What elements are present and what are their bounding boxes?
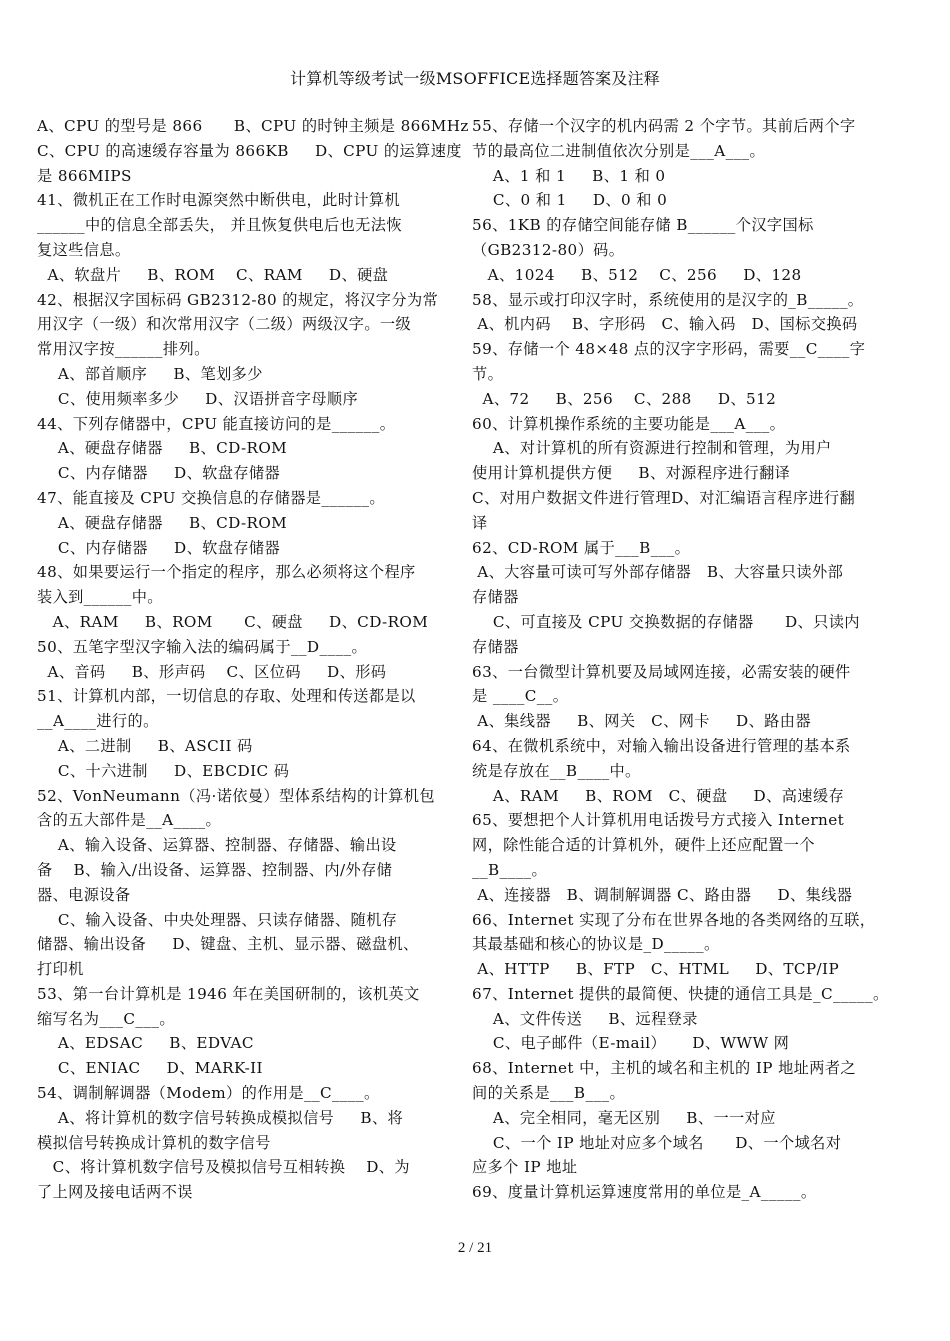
text-line: ______中的信息全部丢失， 并且恢复供电后也无法恢 [37, 213, 442, 238]
text-line: 55、存储一个汉字的机内码需 2 个字节。其前后两个字 [472, 114, 877, 139]
text-line: C、0 和 1 D、0 和 0 [472, 188, 877, 213]
left-column: A、CPU 的型号是 866 B、CPU 的时钟主频是 866MHzC、CPU … [37, 114, 442, 1205]
page-number: 2 / 21 [0, 1240, 950, 1257]
text-line: C、内存储器 D、软盘存储器 [37, 536, 442, 561]
text-line: C、可直接及 CPU 交换数据的存储器 D、只读内 [472, 610, 877, 635]
text-line: 间的关系是___B___。 [472, 1081, 877, 1106]
text-line: 60、计算机操作系统的主要功能是___A___。 [472, 412, 877, 437]
text-line: A、文件传送 B、远程登录 [472, 1007, 877, 1032]
text-line: C、CPU 的高速缓存容量为 866KB D、CPU 的运算速度 [37, 139, 442, 164]
text-line: 59、存储一个 48×48 点的汉字字形码，需要__C____字 [472, 337, 877, 362]
text-line: A、音码 B、形声码 C、区位码 D、形码 [37, 660, 442, 685]
text-line: 52、VonNeumann（冯·诺依曼）型体系结构的计算机包 [37, 784, 442, 809]
text-line: 是 866MIPS [37, 164, 442, 189]
page-title: 计算机等级考试一级MSOFFICE选择题答案及注释 [0, 66, 950, 89]
text-line: 模拟信号转换成计算机的数字信号 [37, 1131, 442, 1156]
text-line: 用汉字（一级）和次常用汉字（二级）两级汉字。一级 [37, 312, 442, 337]
text-line: 译 [472, 511, 877, 536]
text-line: 56、1KB 的存储空间能存储 B______个汉字国标 [472, 213, 877, 238]
text-line: 装入到______中。 [37, 585, 442, 610]
text-line: 含的五大部件是__A____。 [37, 808, 442, 833]
text-line: A、RAM B、ROM C、硬盘 D、CD-ROM [37, 610, 442, 635]
text-line: 常用汉字按______排列。 [37, 337, 442, 362]
text-line: 储器、输出设备 D、键盘、主机、显示器、磁盘机、 [37, 932, 442, 957]
text-line: C、将计算机数字信号及模拟信号互相转换 D、为 [37, 1155, 442, 1180]
text-line: 42、根据汉字国标码 GB2312-80 的规定，将汉字分为常 [37, 288, 442, 313]
text-line: 63、一台微型计算机要及局域网连接，必需安装的硬件 [472, 660, 877, 685]
text-line: 存储器 [472, 585, 877, 610]
text-line: C、对用户数据文件进行管理D、对汇编语言程序进行翻 [472, 486, 877, 511]
text-line: 节的最高位二进制值依次分别是___A___。 [472, 139, 877, 164]
text-line: 69、度量计算机运算速度常用的单位是_A_____。 [472, 1180, 877, 1205]
text-line: C、电子邮件（E-mail） D、WWW 网 [472, 1031, 877, 1056]
text-line: C、内存储器 D、软盘存储器 [37, 461, 442, 486]
right-column: 55、存储一个汉字的机内码需 2 个字节。其前后两个字节的最高位二进制值依次分别… [472, 114, 877, 1205]
text-line: 缩写名为___C___。 [37, 1007, 442, 1032]
text-line: A、硬盘存储器 B、CD-ROM [37, 511, 442, 536]
text-line: A、HTTP B、FTP C、HTML D、TCP/IP [472, 957, 877, 982]
text-line: 68、Internet 中，主机的域名和主机的 IP 地址两者之 [472, 1056, 877, 1081]
text-line: A、硬盘存储器 B、CD-ROM [37, 436, 442, 461]
text-line: A、对计算机的所有资源进行控制和管理，为用户 [472, 436, 877, 461]
text-line: A、大容量可读可写外部存储器 B、大容量只读外部 [472, 560, 877, 585]
text-line: A、CPU 的型号是 866 B、CPU 的时钟主频是 866MHz [37, 114, 442, 139]
text-line: 应多个 IP 地址 [472, 1155, 877, 1180]
text-line: 使用计算机提供方便 B、对源程序进行翻译 [472, 461, 877, 486]
text-line: 44、下列存储器中，CPU 能直接访问的是______。 [37, 412, 442, 437]
text-line: 存储器 [472, 635, 877, 660]
text-line: 器、电源设备 [37, 883, 442, 908]
text-line: 48、如果要运行一个指定的程序，那么必须将这个程序 [37, 560, 442, 585]
text-line: A、RAM B、ROM C、硬盘 D、高速缓存 [472, 784, 877, 809]
text-line: A、完全相同，毫无区别 B、一一对应 [472, 1106, 877, 1131]
text-line: 67、Internet 提供的最简便、快捷的通信工具是_C_____。 [472, 982, 877, 1007]
text-line: A、机内码 B、字形码 C、输入码 D、国标交换码 [472, 312, 877, 337]
text-line: 打印机 [37, 957, 442, 982]
text-line: A、部首顺序 B、笔划多少 [37, 362, 442, 387]
text-line: 备 B、输入/出设备、运算器、控制器、内/外存储 [37, 858, 442, 883]
text-line: （GB2312-80）码。 [472, 238, 877, 263]
text-line: A、二进制 B、ASCII 码 [37, 734, 442, 759]
text-line: C、十六进制 D、EBCDIC 码 [37, 759, 442, 784]
text-line: 了上网及接电话两不误 [37, 1180, 442, 1205]
text-line: 62、CD-ROM 属于___B___。 [472, 536, 877, 561]
text-line: C、ENIAC D、MARK-II [37, 1056, 442, 1081]
text-line: A、1024 B、512 C、256 D、128 [472, 263, 877, 288]
text-line: C、输入设备、中央处理器、只读存储器、随机存 [37, 908, 442, 933]
text-line: A、软盘片 B、ROM C、RAM D、硬盘 [37, 263, 442, 288]
text-line: 58、显示或打印汉字时，系统使用的是汉字的_B_____。 [472, 288, 877, 313]
text-line: 41、微机正在工作时电源突然中断供电，此时计算机 [37, 188, 442, 213]
text-line: A、集线器 B、网关 C、网卡 D、路由器 [472, 709, 877, 734]
text-line: A、1 和 1 B、1 和 0 [472, 164, 877, 189]
text-line: C、使用频率多少 D、汉语拼音字母顺序 [37, 387, 442, 412]
text-line: 66、Internet 实现了分布在世界各地的各类网络的互联， [472, 908, 877, 933]
text-line: 是 ____C__。 [472, 684, 877, 709]
text-line: 节。 [472, 362, 877, 387]
text-line: A、EDSAC B、EDVAC [37, 1031, 442, 1056]
text-line: 53、第一台计算机是 1946 年在美国研制的，该机英文 [37, 982, 442, 1007]
text-line: A、72 B、256 C、288 D、512 [472, 387, 877, 412]
text-line: A、连接器 B、调制解调器 C、路由器 D、集线器 [472, 883, 877, 908]
text-line: 64、在微机系统中，对输入输出设备进行管理的基本系 [472, 734, 877, 759]
text-line: 其最基础和核心的协议是_D_____。 [472, 932, 877, 957]
text-line: 54、调制解调器（Modem）的作用是__C____。 [37, 1081, 442, 1106]
text-line: 51、计算机内部，一切信息的存取、处理和传送都是以 [37, 684, 442, 709]
text-line: A、将计算机的数字信号转换成模拟信号 B、将 [37, 1106, 442, 1131]
text-line: 复这些信息。 [37, 238, 442, 263]
text-line: 网，除性能合适的计算机外，硬件上还应配置一个 [472, 833, 877, 858]
text-line: 65、要想把个人计算机用电话拨号方式接入 Internet [472, 808, 877, 833]
text-line: 47、能直接及 CPU 交换信息的存储器是______。 [37, 486, 442, 511]
text-line: 统是存放在__B____中。 [472, 759, 877, 784]
text-line: __B____。 [472, 858, 877, 883]
text-line: C、一个 IP 地址对应多个域名 D、一个域名对 [472, 1131, 877, 1156]
text-line: A、输入设备、运算器、控制器、存储器、输出设 [37, 833, 442, 858]
text-line: 50、五笔字型汉字输入法的编码属于__D____。 [37, 635, 442, 660]
text-line: __A____进行的。 [37, 709, 442, 734]
